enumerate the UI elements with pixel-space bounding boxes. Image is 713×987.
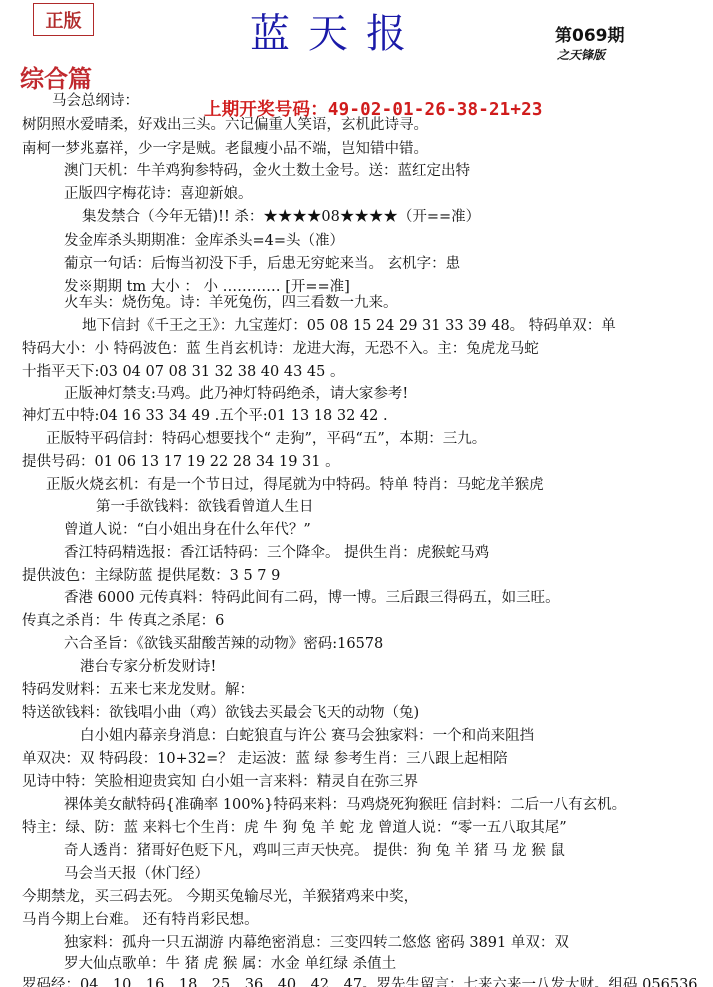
text-line: 发金库杀头期期准：金库杀头=4=头（准） (64, 232, 344, 250)
text-line: 特码大小：小 特码波色：蓝 生肖玄机诗：龙进大海，无恐不入。主：兔虎龙马蛇 (22, 340, 539, 358)
text-line: 集发禁合（今年无错)!! 杀：★★★★08★★★★（开==准） (82, 208, 480, 226)
text-line: 独家料：孤舟一只五湖游 内幕绝密消息：三变四转二悠悠 密码 3891 单双：双 (64, 934, 569, 952)
text-line: 南柯一梦兆嘉祥，少一字是贼。老鼠瘦小品不端，岂知错中错。 (22, 140, 428, 158)
text-line: 裸体美女献特码{准确率 100%}特码来料：马鸡烧死狗猴旺 信封料：二后一八有玄… (64, 796, 626, 814)
text-line: 正版神灯禁支:马鸡。此乃神灯特码绝杀，请大家参考! (64, 385, 408, 403)
text-line: 树阴照水爱晴柔，好戏出三头。六记偏重人笑语，玄机此诗寻。 (22, 116, 428, 134)
text-line: 地下信封《千王之王》：九宝莲灯：05 08 15 24 29 31 33 39 … (82, 317, 616, 335)
text-line: 奇人透肖：猪哥好色贬下凡，鸡叫三声天快亮。 提供：狗 兔 羊 猪 马 龙 猴 鼠 (64, 842, 565, 860)
edition-label: 之天锋版 (557, 46, 605, 63)
text-line: 罗码经：04，10，16，18，25，36，40，42，47。罗先生留言：七来六… (22, 976, 698, 987)
text-line: 提供号码：01 06 13 17 19 22 28 34 19 31 。 (22, 453, 340, 471)
text-line: 特送欲钱料：欲钱唱小曲（鸡）欲钱去买最会飞天的动物（兔) (22, 704, 419, 722)
text-line: 马会当天报（休门经） (64, 865, 209, 883)
text-line: 澳门天机：牛羊鸡狗参特码，金火土数土金号。送：蓝红定出特 (64, 162, 470, 180)
text-line: 曾道人说：“白小姐出身在什么年代？” (64, 521, 311, 539)
text-line: 十指平天下:03 04 07 08 31 32 38 40 43 45 。 (22, 363, 344, 381)
text-line: 火车头：烧伤兔。诗：羊死兔伤，四三看数一九来。 (64, 294, 398, 312)
text-line: 白小姐内幕亲身消息：白蛇狼直与许公 赛马会独家料：一个和尚来阻挡 (80, 727, 534, 745)
text-line: 特码发财料：五来七来龙发财。解： (22, 681, 254, 699)
text-line: 今期禁龙，买三码去死。 今期买兔输尽光，羊猴猪鸡来中奖， (22, 888, 418, 906)
text-line: 提供波色：主绿防蓝 提供尾数：3 5 7 9 (22, 567, 280, 585)
text-line: 香港 6000 元传真料：特码此间有二码，博一博。三后跟三得码五，如三旺。 (64, 589, 560, 607)
text-line: 香江特码精选报：香江话特码：三个降伞。 提供生肖：虎猴蛇马鸡 (64, 544, 489, 562)
text-line: 神灯五中特:04 16 33 34 49 .五个平:01 13 18 32 42… (22, 407, 388, 425)
text-line: 港台专家分析发财诗! (80, 658, 216, 676)
text-line: 传真之杀肖：牛 传真之杀尾：6 (22, 612, 224, 630)
text-line: 六合圣旨：《欲钱买甜酸苦辣的动物》密码:16578 (64, 635, 383, 653)
text-line: 马会总纲诗： (52, 92, 139, 110)
text-line: 正版火烧玄机：有是一个节日过，得尾就为中特码。特单 特肖：马蛇龙羊猴虎 (46, 476, 544, 494)
text-line: 单双决：双 特码段：10+32=？ 走运波：蓝 绿 参考生肖：三八跟上起相陪 (22, 750, 508, 768)
text-line: 正版特平码信封：特码心想要找个“ 走狗”，平码“五”，本期：三九。 (46, 430, 486, 448)
text-line: 马肖今期上台难。 还有特肖彩民想。 (22, 911, 259, 929)
newspaper-title: 蓝天报 (250, 2, 450, 59)
text-line: 见诗中特：笑脸相迎贵宾知 白小姐一言来料：精灵自在弥三界 (22, 773, 418, 791)
genuine-edition-badge: 正版 (33, 3, 94, 36)
text-line: 罗大仙点歌单：牛 猪 虎 猴 属：水金 单红绿 杀值土 (64, 955, 396, 973)
text-line: 正版四字梅花诗：喜迎新娘。 (64, 185, 253, 203)
issue-number: 第069期 (555, 21, 625, 46)
section-title: 综合篇 (20, 59, 92, 94)
text-line: 特主：绿、防：蓝 来料七个生肖：虎 牛 狗 兔 羊 蛇 龙 曾道人说：“零一五八… (22, 819, 567, 837)
text-line: 葡京一句话：后悔当初没下手，后患无穷蛇来当。 玄机字：患 (64, 255, 460, 273)
text-line: 第一手欲钱料：欲钱看曾道人生日 (96, 498, 314, 516)
